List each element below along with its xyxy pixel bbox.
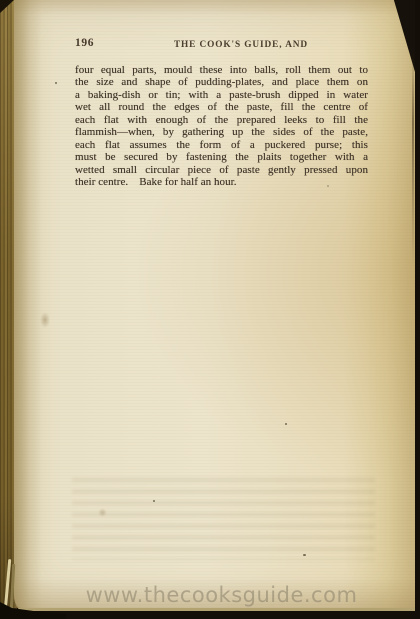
paper-speck [285, 423, 287, 425]
body-line: their centre. Bake for half an hour. [75, 176, 368, 188]
book-page: 196 THE COOK'S GUIDE, AND four equal par… [14, 0, 415, 611]
running-title: THE COOK'S GUIDE, AND [164, 40, 318, 50]
body-line: a baking-dish or tin; with a paste-brush… [75, 89, 368, 101]
paper-speck [327, 185, 329, 187]
body-line: four equal parts, mould these into balls… [75, 64, 368, 76]
paper-smudge [40, 312, 50, 328]
body-line: the size and shape of pudding-plates, an… [75, 76, 368, 88]
paper-speck [153, 500, 155, 502]
body-line: each flat with enough of the prepared le… [75, 114, 368, 126]
scanned-book-photo: { "page": { "page_number": "196", "runni… [0, 0, 420, 619]
body-line: flammish—when, by gathering up the sides… [75, 126, 368, 138]
page-number: 196 [75, 37, 94, 49]
body-line: wetted small circular piece of paste gen… [75, 164, 368, 176]
watermark: www.thecooksguide.com [14, 583, 415, 607]
gutter-shadow [14, 0, 42, 608]
body-line: each flat assumes the form of a puckered… [75, 139, 368, 151]
paper-speck [55, 82, 57, 84]
paper-speck [303, 554, 306, 556]
body-line: must be secured by fastening the plaits … [75, 151, 368, 163]
page-crease [412, 54, 414, 268]
scan-background-corner-top-right [391, 0, 415, 72]
body-line: wet all round the edges of the paste, fi… [75, 101, 368, 113]
reverse-side-show-through [72, 478, 375, 560]
body-text: four equal parts, mould these into balls… [75, 64, 368, 189]
paper-smudge [98, 508, 107, 517]
